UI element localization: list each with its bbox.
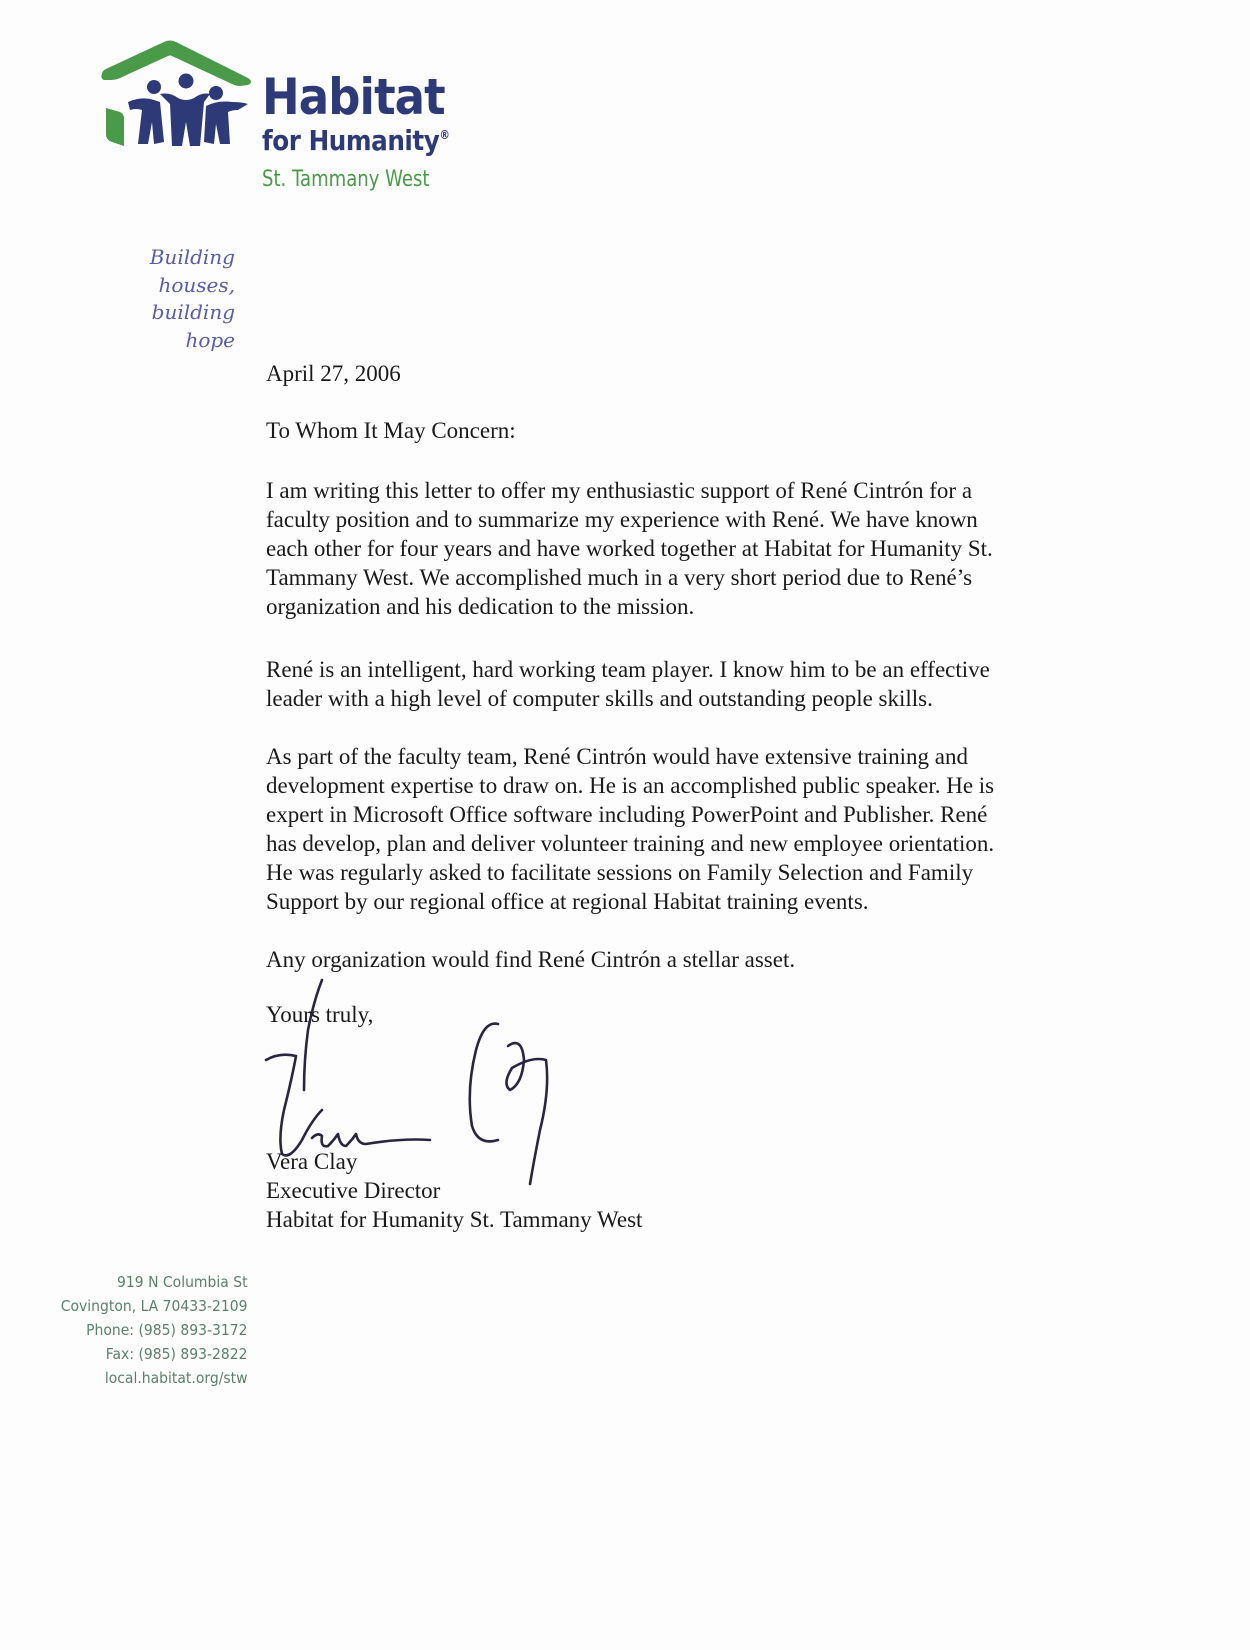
- logo-org-name: Habitat: [262, 72, 445, 122]
- text-line: He was regularly asked to facilitate ses…: [266, 858, 1096, 887]
- paragraph-1: I am writing this letter to offer my ent…: [266, 476, 1096, 621]
- signer-block: Vera Clay Executive Director Habitat for…: [266, 1147, 642, 1234]
- tagline-line: hope: [150, 327, 235, 355]
- letter-date: April 27, 2006: [266, 361, 401, 387]
- registered-mark: ®: [439, 128, 449, 142]
- signer-name: Vera Clay: [266, 1147, 642, 1176]
- text-line: each other for four years and have worke…: [266, 534, 1096, 563]
- address-street: 919 N Columbia St: [61, 1270, 248, 1294]
- logo-for-humanity: for Humanity: [262, 124, 439, 157]
- text-line: faculty position and to summarize my exp…: [266, 505, 1096, 534]
- text-line: development expertise to draw on. He is …: [266, 771, 1096, 800]
- tagline: Building houses, building hope: [150, 244, 235, 354]
- paragraph-2: René is an intelligent, hard working tea…: [266, 655, 1096, 713]
- tagline-line: Building: [150, 244, 235, 272]
- address-phone: Phone: (985) 893-3172: [61, 1318, 248, 1342]
- text-line: Support by our regional office at region…: [266, 887, 1096, 916]
- house-with-people-icon: [98, 38, 258, 150]
- text-line: expert in Microsoft Office software incl…: [266, 800, 1096, 829]
- tagline-line: building: [150, 299, 235, 327]
- footer-address: 919 N Columbia St Covington, LA 70433-21…: [61, 1270, 248, 1390]
- text-line: Tammany West. We accomplished much in a …: [266, 563, 1096, 592]
- text-line: has develop, plan and deliver volunteer …: [266, 829, 1096, 858]
- text-line: René is an intelligent, hard working tea…: [266, 655, 1096, 684]
- address-website: local.habitat.org/stw: [61, 1366, 248, 1390]
- logo-chapter-name: St. Tammany West: [262, 169, 429, 191]
- tagline-line: houses,: [150, 272, 235, 300]
- signer-organization: Habitat for Humanity St. Tammany West: [266, 1205, 642, 1234]
- address-fax: Fax: (985) 893-2822: [61, 1342, 248, 1366]
- logo-org-subname: for Humanity®: [262, 127, 450, 155]
- text-line: I am writing this letter to offer my ent…: [266, 476, 1096, 505]
- text-line: As part of the faculty team, René Cintró…: [266, 742, 1096, 771]
- address-city: Covington, LA 70433-2109: [61, 1294, 248, 1318]
- signer-title: Executive Director: [266, 1176, 642, 1205]
- text-line: leader with a high level of computer ski…: [266, 684, 1096, 713]
- text-line: organization and his dedication to the m…: [266, 592, 1096, 621]
- salutation: To Whom It May Concern:: [266, 418, 516, 444]
- paragraph-3: As part of the faculty team, René Cintró…: [266, 742, 1096, 916]
